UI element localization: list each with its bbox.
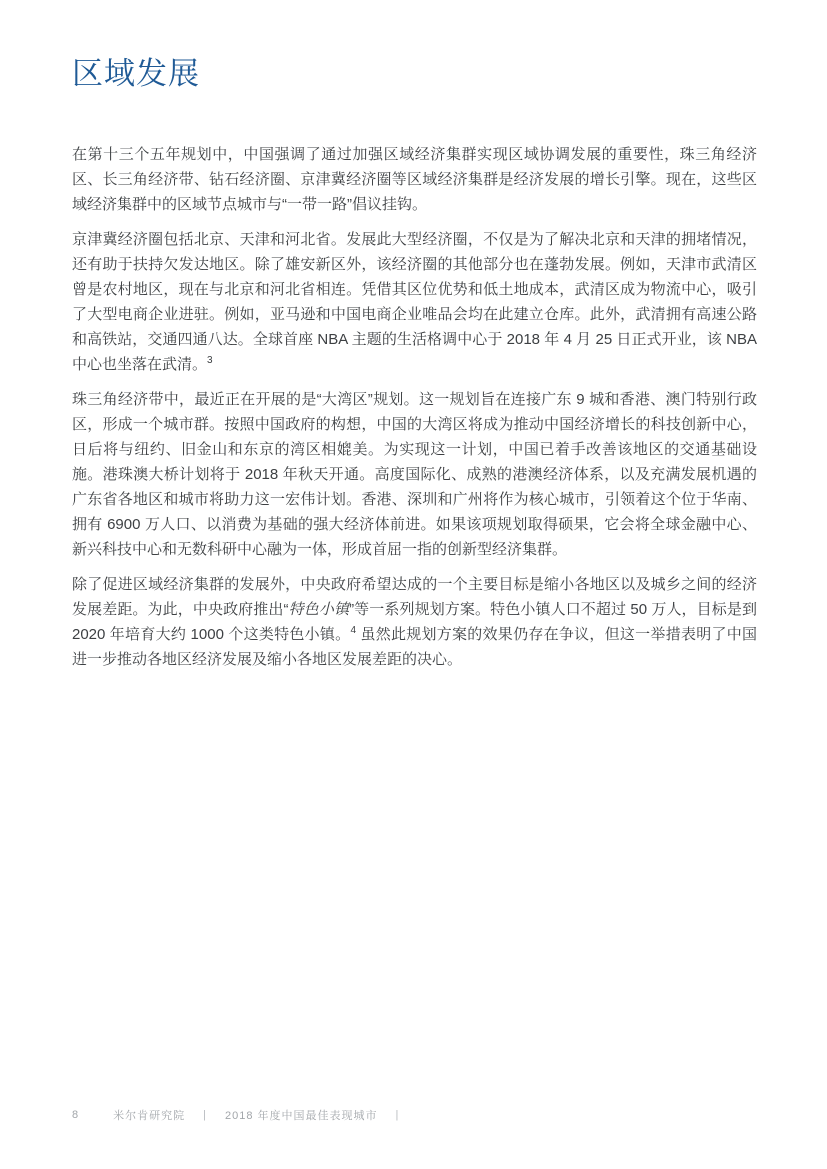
text-segment: 特色小镇 — [289, 601, 350, 618]
paragraph: 除了促进区域经济集群的发展外，中央政府希望达成的一个主要目标是缩小各地区以及城乡… — [72, 572, 757, 672]
footnote-marker: 3 — [207, 355, 213, 366]
text-segment: 京津冀经济圈包括北京、天津和河北省。发展此大型经济圈，不仅是为了解决北京和天津的… — [72, 231, 757, 373]
footer-separator: | — [203, 1109, 207, 1121]
page-content: 区域发展 在第十三个五年规划中，中国强调了通过加强区域经济集群实现区域协调发展的… — [72, 56, 757, 682]
page-footer: 8 米尔肯研究院 | 2018 年度中国最佳表现城市 | — [72, 1107, 757, 1123]
document-page: 区域发展 在第十三个五年规划中，中国强调了通过加强区域经济集群实现区域协调发展的… — [0, 0, 827, 1169]
paragraph: 京津冀经济圈包括北京、天津和河北省。发展此大型经济圈，不仅是为了解决北京和天津的… — [72, 227, 757, 377]
text-segment: 珠三角经济带中，最近正在开展的是“大湾区”规划。这一规划旨在连接广东 9 城和香… — [72, 391, 757, 558]
footer-report-title: 2018 年度中国最佳表现城市 — [225, 1107, 378, 1123]
paragraph: 在第十三个五年规划中，中国强调了通过加强区域经济集群实现区域协调发展的重要性，珠… — [72, 142, 757, 217]
text-segment: 在第十三个五年规划中，中国强调了通过加强区域经济集群实现区域协调发展的重要性，珠… — [72, 146, 757, 213]
page-title: 区域发展 — [72, 56, 757, 92]
body-paragraphs: 在第十三个五年规划中，中国强调了通过加强区域经济集群实现区域协调发展的重要性，珠… — [72, 142, 757, 672]
footer-separator: | — [396, 1109, 400, 1121]
paragraph: 珠三角经济带中，最近正在开展的是“大湾区”规划。这一规划旨在连接广东 9 城和香… — [72, 387, 757, 562]
footer-page-number: 8 — [72, 1109, 79, 1121]
footer-org-name: 米尔肯研究院 — [113, 1107, 185, 1123]
